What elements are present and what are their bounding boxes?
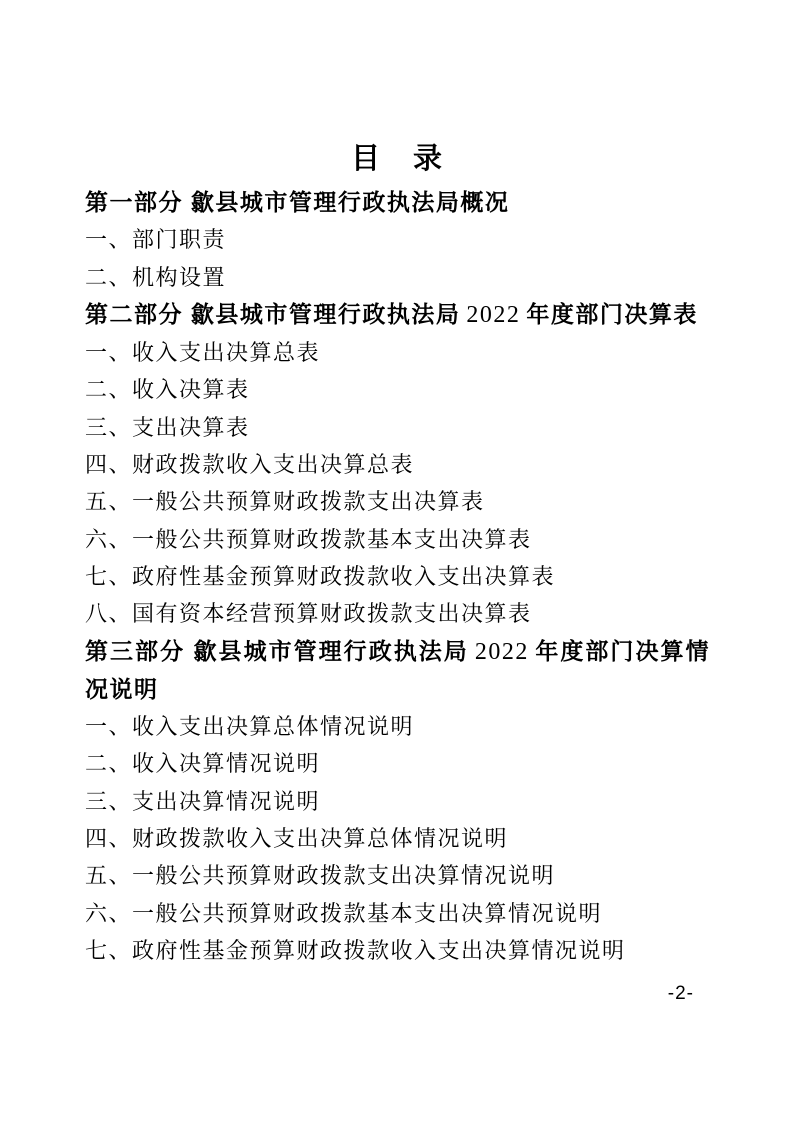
toc-section-1-heading: 第一部分 歙县城市管理行政执法局概况 xyxy=(85,184,710,221)
toc-section-3-heading: 第三部分 歙县城市管理行政执法局2022年度部门决算情况说明 xyxy=(85,633,710,709)
document-page: 目 录 第一部分 歙县城市管理行政执法局概况 一、部门职责 二、机构设置 第二部… xyxy=(0,0,794,1122)
page-number: -2- xyxy=(668,982,694,1006)
toc-title: 目 录 xyxy=(85,140,710,178)
toc-entry: 七、政府性基金预算财政拨款收入支出决算表 xyxy=(85,558,710,595)
toc-entry: 三、支出决算情况说明 xyxy=(85,783,710,820)
toc-entry: 八、国有资本经营预算财政拨款支出决算表 xyxy=(85,595,710,632)
toc-entry: 五、一般公共预算财政拨款支出决算情况说明 xyxy=(85,857,710,894)
heading-text-pre: 第一部分 歙县城市管理行政执法局概况 xyxy=(85,189,509,215)
heading-year: 2022 xyxy=(466,302,520,328)
toc-entry: 一、部门职责 xyxy=(85,221,710,258)
toc-content: 目 录 第一部分 歙县城市管理行政执法局概况 一、部门职责 二、机构设置 第二部… xyxy=(85,140,710,969)
heading-year: 2022 xyxy=(475,639,529,665)
heading-text-post: 年度部门决算表 xyxy=(526,301,698,327)
toc-entry: 七、政府性基金预算财政拨款收入支出决算情况说明 xyxy=(85,932,710,969)
toc-entry: 六、一般公共预算财政拨款基本支出决算表 xyxy=(85,521,710,558)
heading-text-pre: 第三部分 歙县城市管理行政执法局 xyxy=(85,638,469,664)
toc-entry: 一、收入支出决算总体情况说明 xyxy=(85,708,710,745)
toc-entry: 二、收入决算情况说明 xyxy=(85,745,710,782)
toc-entry: 一、收入支出决算总表 xyxy=(85,334,710,371)
toc-entry: 二、收入决算表 xyxy=(85,371,710,408)
toc-entry: 六、一般公共预算财政拨款基本支出决算情况说明 xyxy=(85,895,710,932)
toc-entry: 五、一般公共预算财政拨款支出决算表 xyxy=(85,483,710,520)
heading-text-pre: 第二部分 歙县城市管理行政执法局 xyxy=(85,301,460,327)
toc-entry: 四、财政拨款收入支出决算总体情况说明 xyxy=(85,820,710,857)
toc-entry: 四、财政拨款收入支出决算总表 xyxy=(85,446,710,483)
toc-entry: 二、机构设置 xyxy=(85,259,710,296)
toc-section-2-heading: 第二部分 歙县城市管理行政执法局2022年度部门决算表 xyxy=(85,296,710,334)
toc-entry: 三、支出决算表 xyxy=(85,409,710,446)
